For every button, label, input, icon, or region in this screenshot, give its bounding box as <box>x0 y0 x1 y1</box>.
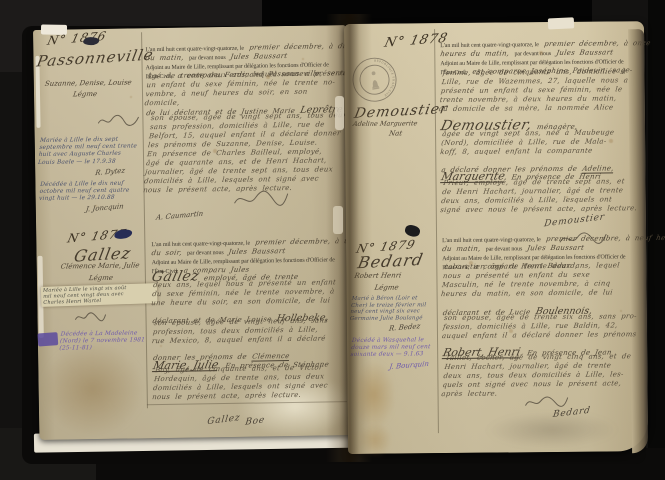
binding-tape <box>333 206 343 234</box>
pasted-marriage-slip: Mariée à Lille le vingt six août mil neu… <box>41 283 158 307</box>
register-scan: N° 1876 Passonneville Suzanne, Denise, L… <box>0 0 665 480</box>
margin-note-signature: R. Bedez <box>388 322 420 333</box>
slip-text: Mariée à Lille le vingt six août mil neu… <box>43 284 156 306</box>
purple-ink-stamp <box>37 332 58 346</box>
act-signature: Gallez <box>207 413 241 427</box>
act-signature: Boe <box>245 415 266 428</box>
binding-tape <box>335 96 344 130</box>
margin-given-names: Clémence Marie, Julie <box>60 261 140 270</box>
black-ink-blot <box>404 224 421 238</box>
margin-marriage-note: Marié à Béron (Loir et Cher) le treize f… <box>349 295 436 322</box>
act-body-text: son épouse, âgée de vingt neuf ans, sans… <box>151 316 354 346</box>
margin-death-stamp-note: Décédé à Wasquehal le douze mars mil neu… <box>350 337 436 359</box>
act-body-text: Taillet, cocher, âgé de vingt cinq ans, … <box>441 352 644 399</box>
margin-legitimacy: Légme <box>374 283 399 291</box>
act-entry-1877: N° 1877 Gallez Clémence Marie, Julie Lég… <box>33 25 352 440</box>
left-page: N° 1876 Passonneville Suzanne, Denise, L… <box>33 25 352 440</box>
act-entry-1879: N° 1879 Bedard Robert Henri Légme Marié … <box>344 21 648 454</box>
margin-note-signature: J. Bourquin <box>389 360 430 371</box>
act-body-text: Bay, âgé de cinquante ans, et de Victor … <box>152 363 356 402</box>
margin-surname: Bedard <box>356 250 425 272</box>
signature-flourish <box>73 311 107 324</box>
act-body-text: son épouse, âgée de trente six ans, sans… <box>441 312 642 341</box>
margin-death-stamp-note: Décédée à La Madeleine (Nord) le 7 novem… <box>59 330 157 353</box>
margin-legitimacy: Légme <box>88 274 113 282</box>
act-body-text: deux ans, lequel nous a présenté un enfa… <box>151 278 354 308</box>
margin-given-names: Robert Henri <box>354 271 402 279</box>
right-page: N° 1878 RÉPUBLIQUE FRANÇAISE Demoustier … <box>344 21 648 454</box>
act-body-text: cabaretier, âgé de trente deux ans, lequ… <box>440 261 642 299</box>
